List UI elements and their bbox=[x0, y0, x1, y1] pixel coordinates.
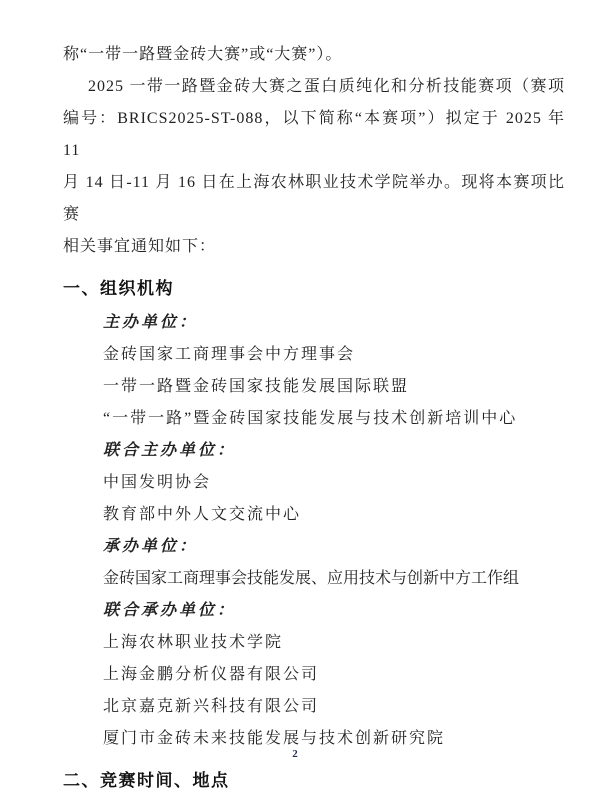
org-label-co-host: 联合主办单位： bbox=[63, 435, 565, 467]
section-heading-organization: 一、组织机构 bbox=[63, 273, 565, 305]
document-content: 称“一带一路暨金砖大赛”或“大赛”）。 2025 一带一路暨金砖大赛之蛋白质纯化… bbox=[63, 39, 565, 794]
document-page: 称“一带一路暨金砖大赛”或“大赛”）。 2025 一带一路暨金砖大赛之蛋白质纯化… bbox=[0, 0, 590, 794]
paragraph-line: 编号：BRICS2025-ST-088，以下简称“本赛项”）拟定于 2025 年… bbox=[63, 103, 565, 167]
org-label-host: 主办单位： bbox=[63, 307, 565, 339]
org-item: 中国发明协会 bbox=[63, 467, 565, 499]
org-label-co-organizer: 联合承办单位： bbox=[63, 595, 565, 627]
org-item: 上海金鹏分析仪器有限公司 bbox=[63, 659, 565, 691]
org-item: 教育部中外人文交流中心 bbox=[63, 499, 565, 531]
paragraph-line: 2025 一带一路暨金砖大赛之蛋白质纯化和分析技能赛项（赛项 bbox=[63, 71, 565, 103]
org-item: 金砖国家工商理事会中方理事会 bbox=[63, 339, 565, 371]
org-item: 上海农林职业技术学院 bbox=[63, 627, 565, 659]
paragraph-line: 称“一带一路暨金砖大赛”或“大赛”）。 bbox=[63, 39, 565, 71]
org-item: 一带一路暨金砖国家技能发展国际联盟 bbox=[63, 371, 565, 403]
org-item: 金砖国家工商理事会技能发展、应用技术与创新中方工作组 bbox=[63, 563, 565, 595]
paragraph-line: 月 14 日-11 月 16 日在上海农林职业技术学院举办。现将本赛项比赛 bbox=[63, 167, 565, 231]
section-heading-time-place: 二、竞赛时间、地点 bbox=[63, 765, 565, 794]
org-item: 北京嘉克新兴科技有限公司 bbox=[63, 691, 565, 723]
paragraph-line: 相关事宜通知如下： bbox=[63, 231, 565, 263]
page-number: 2 bbox=[0, 748, 590, 760]
org-label-organizer: 承办单位： bbox=[63, 531, 565, 563]
org-item: “一带一路”暨金砖国家技能发展与技术创新培训中心 bbox=[63, 403, 565, 435]
